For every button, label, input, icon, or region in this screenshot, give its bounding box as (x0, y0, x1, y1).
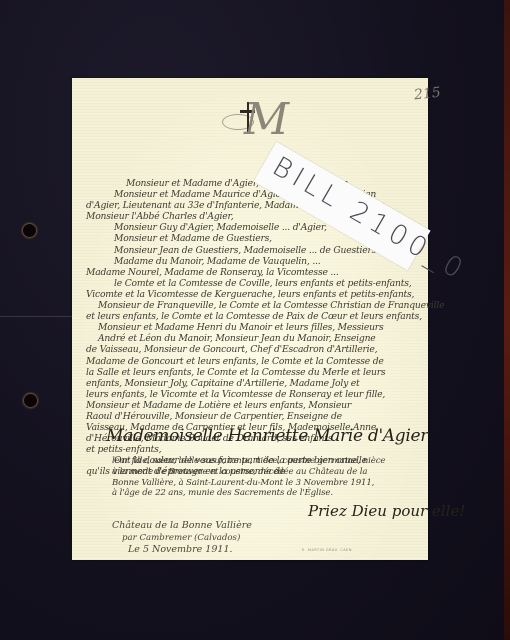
printer-mark: E. MARTIN GRAV. CAEN (302, 548, 352, 552)
relatives-line: Monsieur et Madame d'Agier, Monsieur Chr… (86, 178, 416, 189)
binder-hole-bottom (23, 393, 38, 408)
date-line: Le 5 Novembre 1911. (112, 544, 252, 556)
detail-line: à l'âge de 22 ans, munie des Sacrements … (112, 488, 412, 499)
relatives-line: et leurs enfants, le Comte et la Comtess… (86, 311, 416, 322)
announcement-card: 215 M Monsieur et Madame d'Agier, Monsie… (72, 78, 428, 560)
deceased-details: leur fille, sœur, belle-sœur, tante, niè… (112, 456, 412, 499)
place-and-date: Château de la Bonne Vallière par Cambrem… (112, 520, 252, 556)
relatives-line: Madame de Goncourt et leurs enfants, le … (86, 356, 416, 367)
relatives-line: André et Léon du Manoir, Monsieur Jean d… (86, 333, 416, 344)
relatives-line: Madame Nourel, Madame de Ronseray, la Vi… (86, 267, 416, 278)
relatives-line: de Vaisseau, Monsieur de Goncourt, Chef … (86, 344, 416, 355)
detail-line: Bonne Vallière, à Saint-Laurent-du-Mont … (112, 478, 412, 489)
relatives-line: Monsieur de Franqueville, le Comte et la… (86, 300, 416, 311)
relatives-line: Monsieur et Madame Henri du Manoir et le… (86, 322, 416, 333)
detail-line: à la mode de Bretagne et cousine, décédé… (112, 467, 412, 478)
relatives-line: Vicomte et la Vicomtesse de Kerguerache,… (86, 289, 416, 300)
place-line: Château de la Bonne Vallière (112, 520, 252, 532)
relatives-line: la Salle et leurs enfants, le Comte et l… (86, 367, 416, 378)
detail-line: leur fille, sœur, belle-sœur, tante, niè… (112, 456, 412, 467)
relatives-line: Madame du Manoir, Madame de Vauquelin, .… (86, 256, 416, 267)
relatives-line: enfants, Monsieur Joly, Capitaine d'Arti… (86, 378, 416, 389)
background-edge-strip (504, 0, 510, 640)
pencil-inventory-number: 215 (413, 85, 441, 104)
relatives-line: Monsieur et Madame de Lotière et leurs e… (86, 400, 416, 411)
place-line: par Cambremer (Calvados) (112, 532, 252, 544)
binder-hole-top (22, 223, 37, 238)
monogram: M (222, 100, 312, 150)
relatives-line: le Comte et la Comtesse de Coville, leur… (86, 278, 416, 289)
prayer-line: Priez Dieu pour elle! (308, 502, 465, 520)
deceased-name: Mademoiselle Henriette Marie d'Agier (106, 426, 428, 446)
monogram-letter: M (244, 94, 289, 145)
relatives-line: leurs enfants, le Vicomte et la Vicomtes… (86, 389, 416, 400)
background-crease (0, 316, 72, 317)
relatives-line: Raoul d'Hérouville, Monsieur de Carpenti… (86, 411, 416, 422)
